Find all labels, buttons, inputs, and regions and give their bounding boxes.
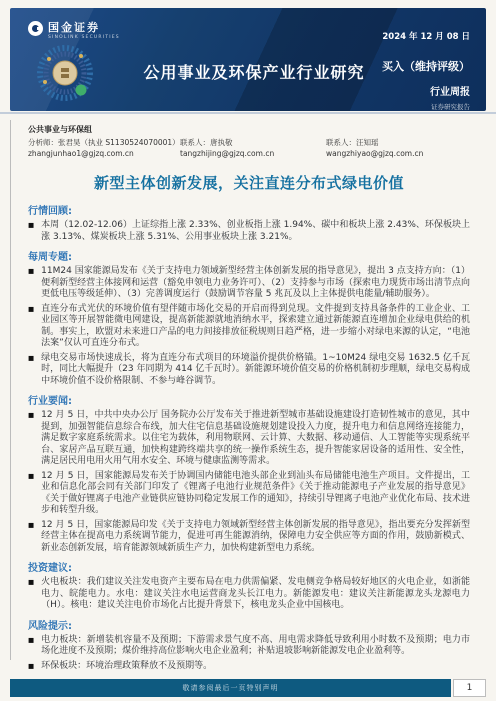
square-bullet-icon: ■	[28, 266, 34, 301]
analyst-role: 联系人：唐执敬	[180, 137, 326, 148]
analyst-role: 分析师：张君昊（执业 S1130524070001）	[28, 137, 180, 148]
bullet-text: 环保板块：环境治理政策释放不及预期等。	[41, 661, 470, 673]
section-heading: 行业要闻:	[28, 392, 470, 407]
analyst-group-title: 公共事业与环保组	[28, 124, 470, 135]
bullet-item: ■ 环保板块：环境治理政策释放不及预期等。	[28, 661, 470, 673]
brand-logo: 国金证券 SINOLINK SECURITIES	[28, 21, 120, 40]
analyst-column: 分析师：张君昊（执业 S1130524070001） zhangjunhao1@…	[28, 137, 180, 159]
left-margin-rule	[10, 120, 11, 660]
brand-name-en: SINOLINK SECURITIES	[48, 35, 120, 40]
analyst-email: wangzhiyao@gjzq.com.cn	[326, 148, 470, 159]
page-title: 新型主体创新发展，关注直连分布式绿电价值	[28, 172, 470, 193]
rating-label: 买入（维持评级）	[382, 58, 470, 74]
bullet-item: ■ 11M24 国家能源局发布《关于支持电力领域新型经营主体创新发展的指导意见》…	[28, 266, 470, 301]
logo-notch	[37, 27, 41, 30]
bullet-item: ■ 电力板块：新增装机容量不及预期；下游需求景气度不高、用电需求降低导致利用小时…	[28, 635, 470, 658]
bullet-item: ■ 本周（12.02-12.06）上证综指上涨 2.33%、创业板指上涨 1.9…	[28, 220, 470, 243]
analyst-column: 联系人：汪知瑶 wangzhiyao@gjzq.com.cn	[326, 137, 470, 159]
brand-text: 国金证券 SINOLINK SECURITIES	[48, 21, 120, 40]
section-heading: 风险提示:	[28, 617, 470, 632]
report-body: 公共事业与环保组 分析师：张君昊（执业 S1130524070001） zhan…	[28, 124, 470, 675]
section-industry-news: 行业要闻: ■ 12 月 5 日，中共中央办公厅 国务院办公厅发布关于推进新型城…	[28, 392, 470, 554]
report-tag-label: 证券研究报告	[382, 102, 470, 111]
section-heading: 行情回顾:	[28, 202, 470, 217]
bullet-text: 12 月 5 日，国家能源局发布关于协调国内储能电池头部企业到汕头布局储能电池生…	[41, 471, 470, 517]
square-bullet-icon: ■	[28, 577, 34, 612]
bullet-item: ■ 绿电交易市场快速成长，将为直连分布式项目的环境溢价提供价格锚。1~10M24…	[28, 353, 470, 388]
section-investment-advice: 投资建议: ■ 火电板块：我们建议关注发电资产主要布局在电力供需偏紧、发电侧竞争…	[28, 559, 470, 612]
square-bullet-icon: ■	[28, 304, 34, 350]
qr-seal-icon	[36, 44, 94, 102]
square-bullet-icon: ■	[28, 520, 34, 555]
bullet-text: 绿电交易市场快速成长，将为直连分布式项目的环境溢价提供价格锚。1~10M24 绿…	[41, 353, 470, 388]
bullet-text: 直连分布式光伏的环境价值有望伴随市场化交易的开启而得到兑现。文件提到支持具备条件…	[41, 304, 470, 350]
bullet-item: ■ 火电板块：我们建议关注发电资产主要布局在电力供需偏紧、发电侧竞争格局较好地区…	[28, 577, 470, 612]
square-bullet-icon: ■	[28, 220, 34, 243]
section-market-review: 行情回顾: ■ 本周（12.02-12.06）上证综指上涨 2.33%、创业板指…	[28, 202, 470, 243]
bullet-text: 12 月 5 日，中共中央办公厅 国务院办公厅发布关于推进新型城市基础设施建设打…	[41, 410, 470, 468]
footer-disclaimer: 敬请参阅最后一页特别声明	[10, 679, 451, 697]
analyst-table: 分析师：张君昊（执业 S1130524070001） zhangjunhao1@…	[28, 137, 470, 159]
analyst-email: zhangjunhao1@gjzq.com.cn	[28, 148, 180, 159]
analyst-email: tangzhijing@gjzq.com.cn	[180, 148, 326, 159]
bullet-item: ■ 12 月 5 日，国家能源局印发《关于支持电力领域新型经营主体创新发展的指导…	[28, 520, 470, 555]
bullet-item: ■ 12 月 5 日，国家能源局发布关于协调国内储能电池头部企业到汕头布局储能电…	[28, 471, 470, 517]
report-type-label: 行业周报	[382, 83, 470, 98]
report-title: 公用事业及环保产业行业研究	[128, 60, 380, 83]
square-bullet-icon: ■	[28, 661, 34, 673]
square-bullet-icon: ■	[28, 471, 34, 517]
square-bullet-icon: ■	[28, 353, 34, 388]
bullet-text: 11M24 国家能源局发布《关于支持电力领域新型经营主体创新发展的指导意见》，提…	[41, 266, 470, 301]
report-header: 国金证券 SINOLINK SECURITIES 2024 年 12 月 08 …	[10, 8, 486, 111]
bullet-item: ■ 直连分布式光伏的环境价值有望伴随市场化交易的开启而得到兑现。文件提到支持具备…	[28, 304, 470, 350]
square-bullet-icon: ■	[28, 410, 34, 468]
page-footer: 敬请参阅最后一页特别声明 1	[10, 679, 486, 697]
section-heading: 每周专题:	[28, 248, 470, 263]
square-bullet-icon: ■	[28, 635, 34, 658]
bullet-text: 火电板块：我们建议关注发电资产主要布局在电力供需偏紧、发电侧竞争格局较好地区的火…	[41, 577, 470, 612]
section-risk-warning: 风险提示: ■ 电力板块：新增装机容量不及预期；下游需求景气度不高、用电需求降低…	[28, 617, 470, 673]
bullet-text: 电力板块：新增装机容量不及预期；下游需求景气度不高、用电需求降低导致利用小时数不…	[41, 635, 470, 658]
analyst-role: 联系人：汪知瑶	[326, 137, 470, 148]
analyst-column: 联系人：唐执敬 tangzhijing@gjzq.com.cn	[180, 137, 326, 159]
page-number: 1	[453, 679, 486, 697]
bullet-text: 本周（12.02-12.06）上证综指上涨 2.33%、创业板指上涨 1.94%…	[41, 220, 470, 243]
section-weekly-topic: 每周专题: ■ 11M24 国家能源局发布《关于支持电力领域新型经营主体创新发展…	[28, 248, 470, 387]
bullet-text: 12 月 5 日，国家能源局印发《关于支持电力领域新型经营主体创新发展的指导意见…	[41, 520, 470, 555]
report-page: 国金证券 SINOLINK SECURITIES 2024 年 12 月 08 …	[0, 0, 496, 701]
bullet-item: ■ 12 月 5 日，中共中央办公厅 国务院办公厅发布关于推进新型城市基础设施建…	[28, 410, 470, 468]
brand-name: 国金证券	[48, 21, 120, 34]
report-date: 2024 年 12 月 08 日	[382, 30, 470, 42]
header-divider	[0, 112, 496, 114]
rating-block: 买入（维持评级） 行业周报 证券研究报告	[382, 58, 470, 111]
sinolink-logo-icon	[28, 21, 43, 36]
section-heading: 投资建议:	[28, 559, 470, 574]
